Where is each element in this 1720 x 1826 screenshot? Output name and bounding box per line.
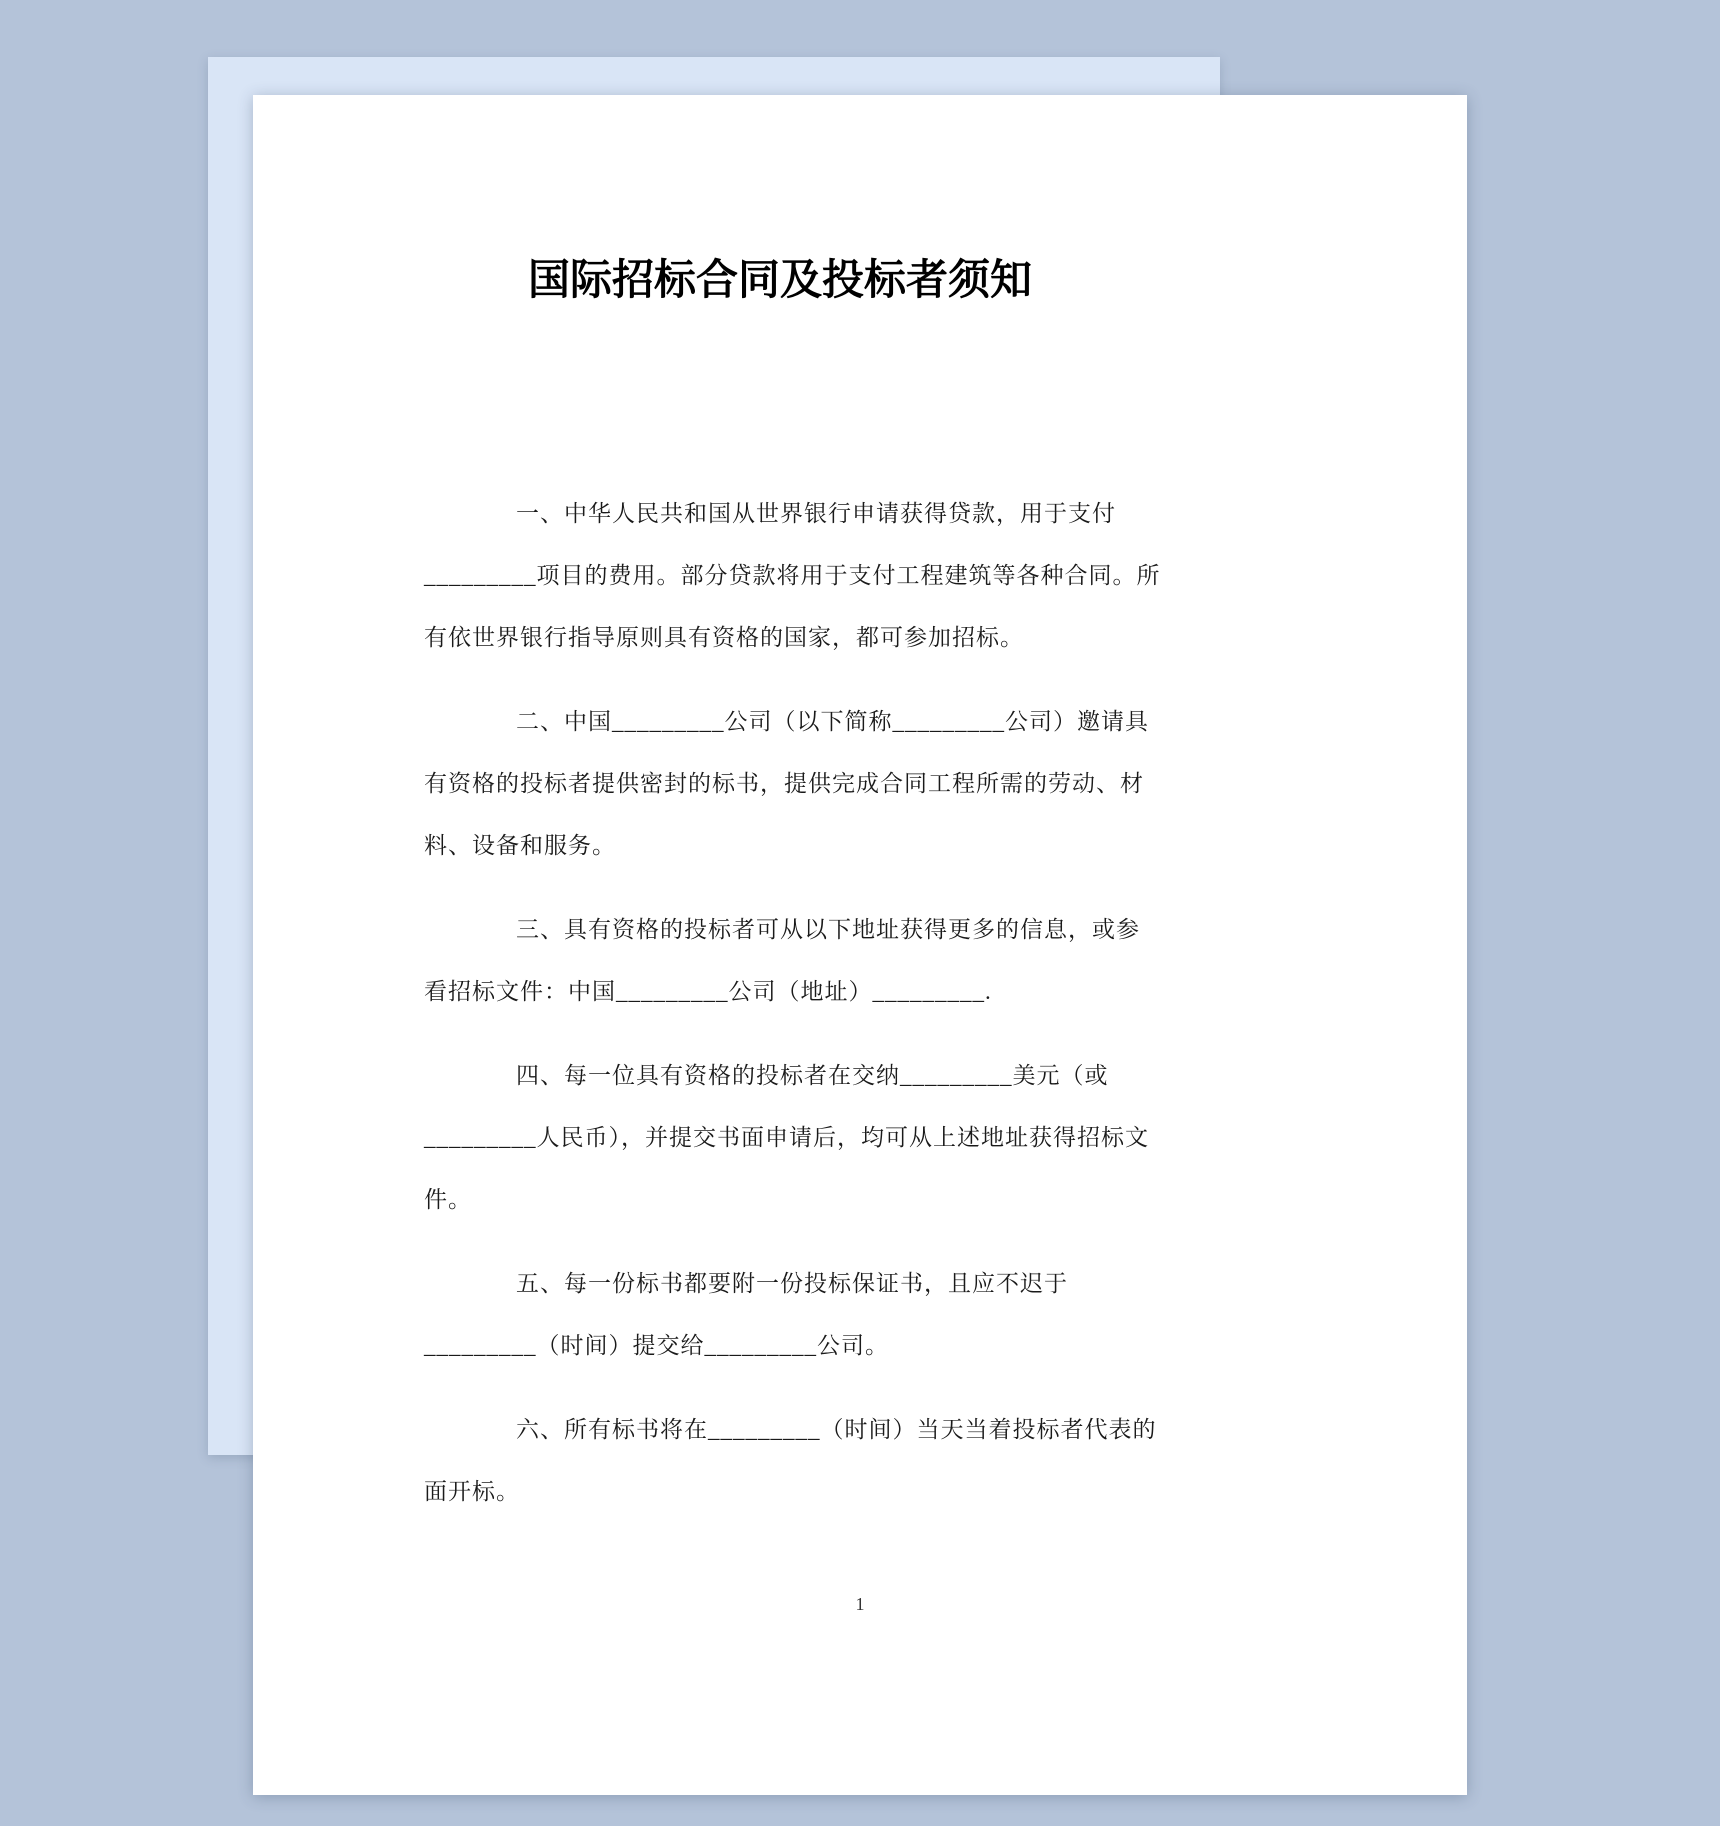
paragraph: 五、每一份标书都要附一份投标保证书，且应不迟于_________（时间）提交给_… [424,1253,1136,1377]
paragraph: 二、中国_________公司（以下简称_________公司）邀请具有资格的投… [424,691,1136,877]
paragraph: 一、中华人民共和国从世界银行申请获得贷款，用于支付_________项目的费用。… [424,483,1136,669]
paragraph-line: 五、每一份标书都要附一份投标保证书，且应不迟于 [424,1253,1136,1315]
page-number: 1 [253,1593,1467,1615]
paragraph-line: 四、每一位具有资格的投标者在交纳_________美元（或 [424,1045,1136,1107]
paragraph: 六、所有标书将在_________（时间）当天当着投标者代表的面开标。 [424,1399,1136,1523]
document-title: 国际招标合同及投标者须知 [424,255,1136,305]
paragraph-line: _________人民币），并提交书面申请后，均可从上述地址获得招标文 [424,1107,1136,1169]
paragraph-line: 一、中华人民共和国从世界银行申请获得贷款，用于支付 [424,483,1136,545]
paragraph-line: 二、中国_________公司（以下简称_________公司）邀请具 [424,691,1136,753]
document-body: 一、中华人民共和国从世界银行申请获得贷款，用于支付_________项目的费用。… [424,483,1136,1545]
paragraph-line: 有依世界银行指导原则具有资格的国家，都可参加招标。 [424,607,1136,669]
paragraph: 四、每一位具有资格的投标者在交纳_________美元（或_________人民… [424,1045,1136,1231]
paragraph-line: _________（时间）提交给_________公司。 [424,1315,1136,1377]
paragraph-line: 三、具有资格的投标者可从以下地址获得更多的信息，或参 [424,899,1136,961]
paragraph-line: 看招标文件：中国_________公司（地址）_________. [424,961,1136,1023]
paragraph-line: _________项目的费用。部分贷款将用于支付工程建筑等各种合同。所 [424,545,1136,607]
document-page: 国际招标合同及投标者须知 一、中华人民共和国从世界银行申请获得贷款，用于支付__… [253,95,1467,1795]
paragraph-line: 面开标。 [424,1461,1136,1523]
paragraph-line: 件。 [424,1169,1136,1231]
paragraph: 三、具有资格的投标者可从以下地址获得更多的信息，或参看招标文件：中国______… [424,899,1136,1023]
paragraph-line: 有资格的投标者提供密封的标书，提供完成合同工程所需的劳动、材 [424,753,1136,815]
paragraph-line: 料、设备和服务。 [424,815,1136,877]
paragraph-line: 六、所有标书将在_________（时间）当天当着投标者代表的 [424,1399,1136,1461]
desktop-background: 国际招标合同及投标者须知 一、中华人民共和国从世界银行申请获得贷款，用于支付__… [0,0,1720,1826]
